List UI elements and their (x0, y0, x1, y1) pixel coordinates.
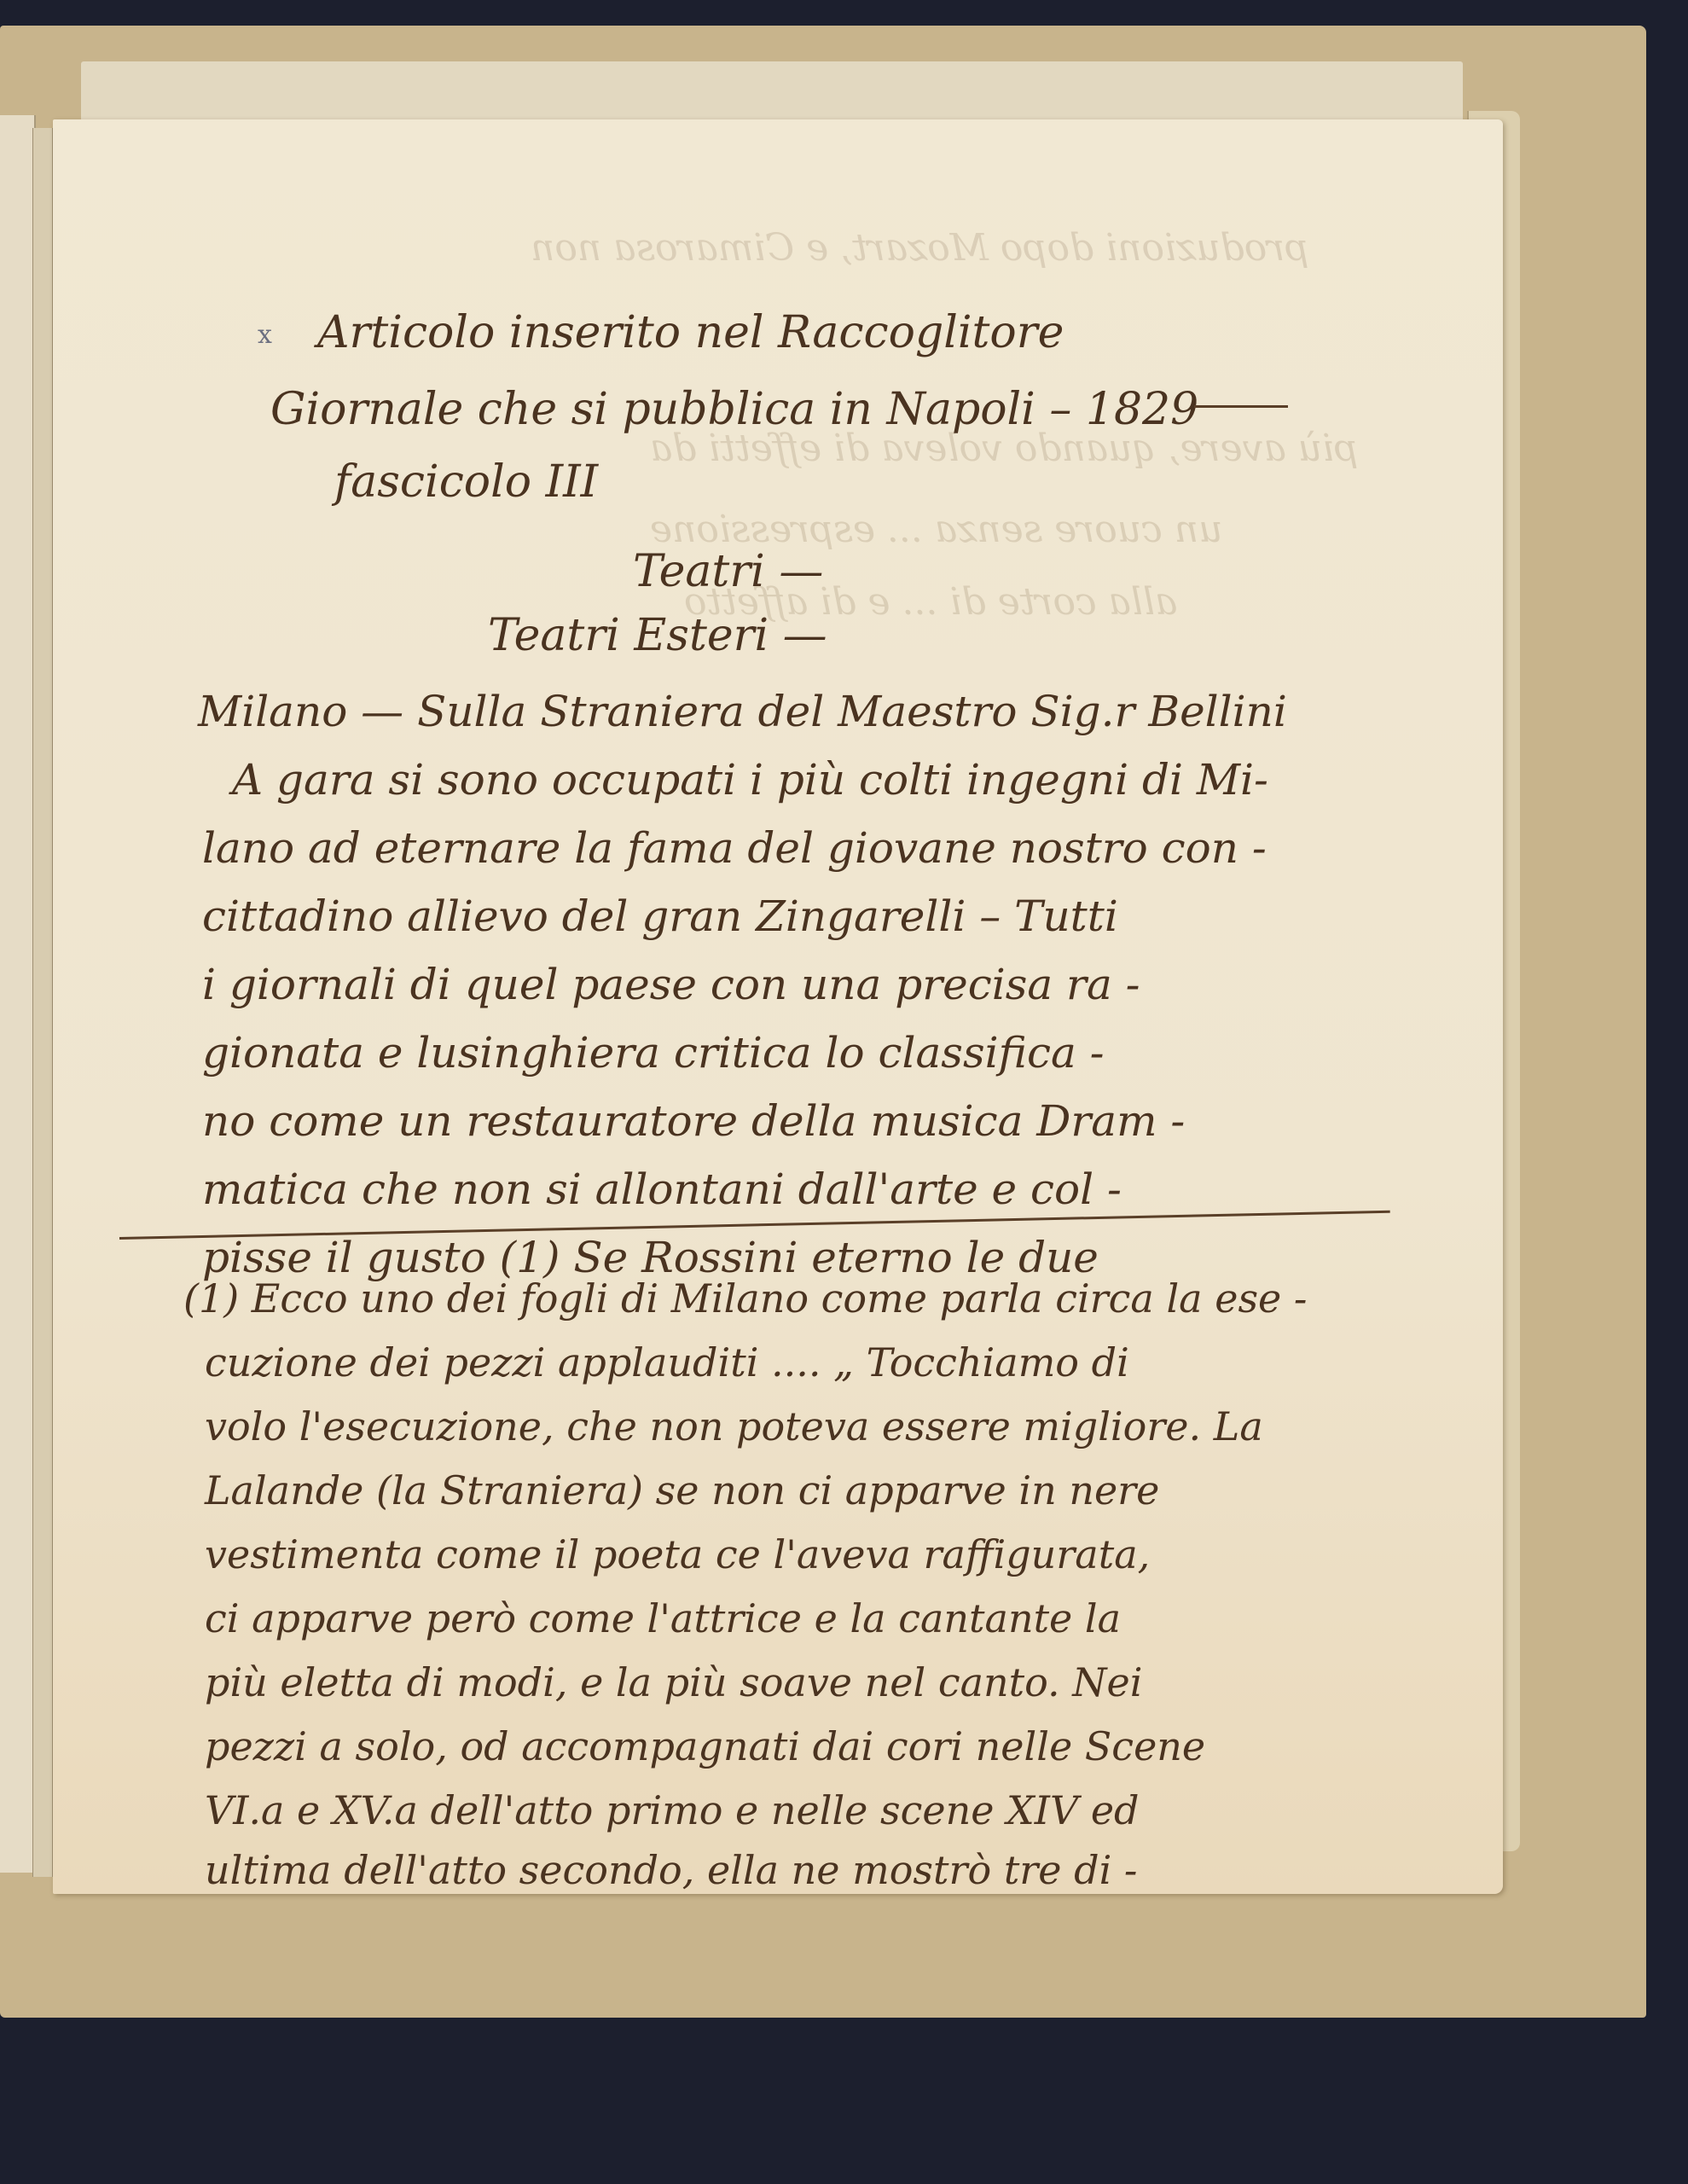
body-line: no come un restauratore della musica Dra… (202, 1096, 1185, 1146)
section-title-teatri: Teatri — (633, 546, 823, 597)
left-page-edge (0, 115, 36, 1873)
footnote-line: cuzione dei pezzi applauditi .... „ Tocc… (205, 1339, 1129, 1385)
year-underline (1194, 405, 1288, 408)
body-line: A gara si sono occupati i più colti inge… (232, 755, 1268, 804)
body-line: matica che non si allontani dall'arte e … (202, 1165, 1122, 1214)
section-title-teatri-esteri: Teatri Esteri — (488, 610, 827, 661)
binding-spine (32, 128, 53, 1877)
bleed-through-line: un cuore senza ... espressione (650, 508, 1222, 551)
page-stack-top-edge (81, 61, 1463, 123)
footnote-line: ci apparve però come l'attrice e la cant… (205, 1595, 1121, 1641)
body-line: gionata e lusinghiera critica lo classif… (202, 1028, 1105, 1077)
footnote-line: pezzi a solo, od accompagnati dai cori n… (205, 1723, 1205, 1769)
heading-line-1: Articolo inserito nel Raccoglitore (317, 307, 1064, 358)
body-line: Milano — Sulla Straniera del Maestro Sig… (198, 687, 1287, 736)
footnote-line: più eletta di modi, e la più soave nel c… (205, 1659, 1142, 1705)
body-line: cittadino allievo del gran Zingarelli – … (202, 892, 1118, 941)
marginal-x-mark: x (258, 320, 272, 350)
heading-line-2: Giornale che si pubblica in Napoli – 182… (270, 384, 1198, 435)
body-line: lano ad eternare la fama del giovane nos… (202, 823, 1267, 873)
footnote-line: ultima dell'atto secondo, ella ne mostrò… (205, 1847, 1137, 1893)
footnote-line: VI.a e XV.a dell'atto primo e nelle scen… (205, 1787, 1140, 1833)
footnote-line: (1) Ecco uno dei fogli di Milano come pa… (183, 1275, 1307, 1321)
heading-line-3: fascicolo III (334, 456, 598, 508)
footnote-line: vestimenta come il poeta ce l'aveva raff… (205, 1531, 1150, 1577)
body-line: i giornali di quel paese con una precisa… (202, 960, 1140, 1009)
footnote-line: Lalande (la Straniera) se non ci apparve… (205, 1467, 1159, 1513)
footnote-line: volo l'esecuzione, che non poteva essere… (205, 1403, 1263, 1449)
bleed-through-line: produzioni dopo Mozart, e Cimarosa non (531, 226, 1308, 270)
